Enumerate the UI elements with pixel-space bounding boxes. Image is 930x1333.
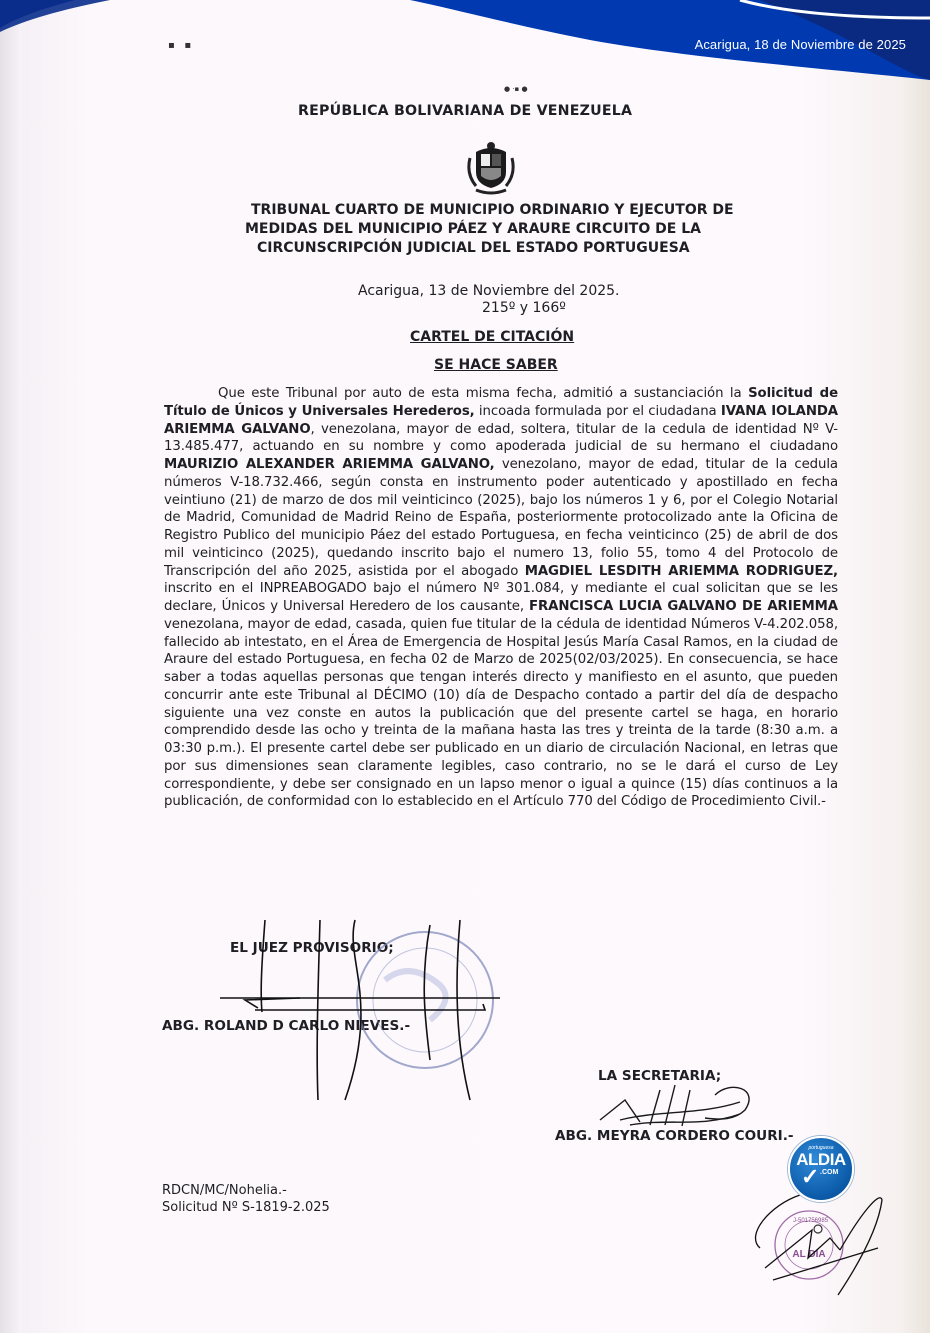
banner-date: Acarigua, 18 de Noviembre de 2025 — [695, 37, 906, 52]
judge-title: EL JUEZ PROVISORIO; — [230, 940, 394, 956]
secretary-title: LA SECRETARIA; — [598, 1068, 721, 1084]
document-title: CARTEL DE CITACIÓN — [410, 329, 574, 345]
bold-segment: MAURIZIO ALEXANDER ARIEMMA GALVANO, — [164, 457, 495, 472]
checkmark-icon: ✓ — [801, 1166, 819, 1188]
logo-brand: ALDIA — [790, 1150, 852, 1170]
paper-edge-shadow — [0, 0, 22, 1333]
reference-initials: RDCN/MC/Nohelia.- — [162, 1183, 287, 1198]
secretary-name: ABG. MEYRA CORDERO COURI.- — [555, 1128, 794, 1144]
speck-marks: ▪ ▪ — [168, 40, 191, 51]
tribunal-line: TRIBUNAL CUARTO DE MUNICIPIO ORDINARIO Y… — [245, 201, 825, 220]
logo-domain: .COM — [820, 1169, 838, 1176]
tribunal-line: CIRCUNSCRIPCIÓN JUDICIAL DEL ESTADO PORT… — [245, 239, 825, 258]
tribunal-heading: TRIBUNAL CUARTO DE MUNICIPIO ORDINARIO Y… — [245, 201, 825, 258]
request-number: Solicitud Nº S-1819-2.025 — [162, 1200, 330, 1215]
tribunal-line: MEDIDAS DEL MUNICIPIO PÁEZ Y ARAURE CIRC… — [245, 220, 825, 239]
country-heading: REPÚBLICA BOLIVARIANA DE VENEZUELA — [298, 103, 632, 119]
bold-segment: MAGDIEL LESDITH ARIEMMA RODRIGUEZ, — [525, 564, 838, 579]
aldia-logo: portuguesa ALDIA ✓ .COM — [788, 1136, 854, 1202]
text-segment: venezolano, mayor de edad, titular de la… — [164, 457, 838, 579]
document-subtitle: SE HACE SABER — [434, 357, 558, 373]
text-segment: Que este Tribunal por auto de esta misma… — [218, 386, 748, 401]
judge-name: ABG. ROLAND D CARLO NIEVES.- — [162, 1018, 410, 1034]
coat-of-arms-icon — [462, 138, 520, 196]
text-segment: venezolana, mayor de edad, casada, quien… — [164, 617, 838, 810]
text-segment: incoada formulada por el ciudadana — [475, 404, 721, 419]
independence-years: 215º y 166º — [482, 300, 566, 316]
document-place-date: Acarigua, 13 de Noviembre del 2025. — [358, 283, 620, 299]
speck-marks: ● ·▪ ● — [504, 85, 528, 93]
bold-segment: FRANCISCA LUCIA GALVANO DE ARIEMMA — [529, 599, 838, 614]
citation-body: Que este Tribunal por auto de esta misma… — [164, 385, 838, 811]
